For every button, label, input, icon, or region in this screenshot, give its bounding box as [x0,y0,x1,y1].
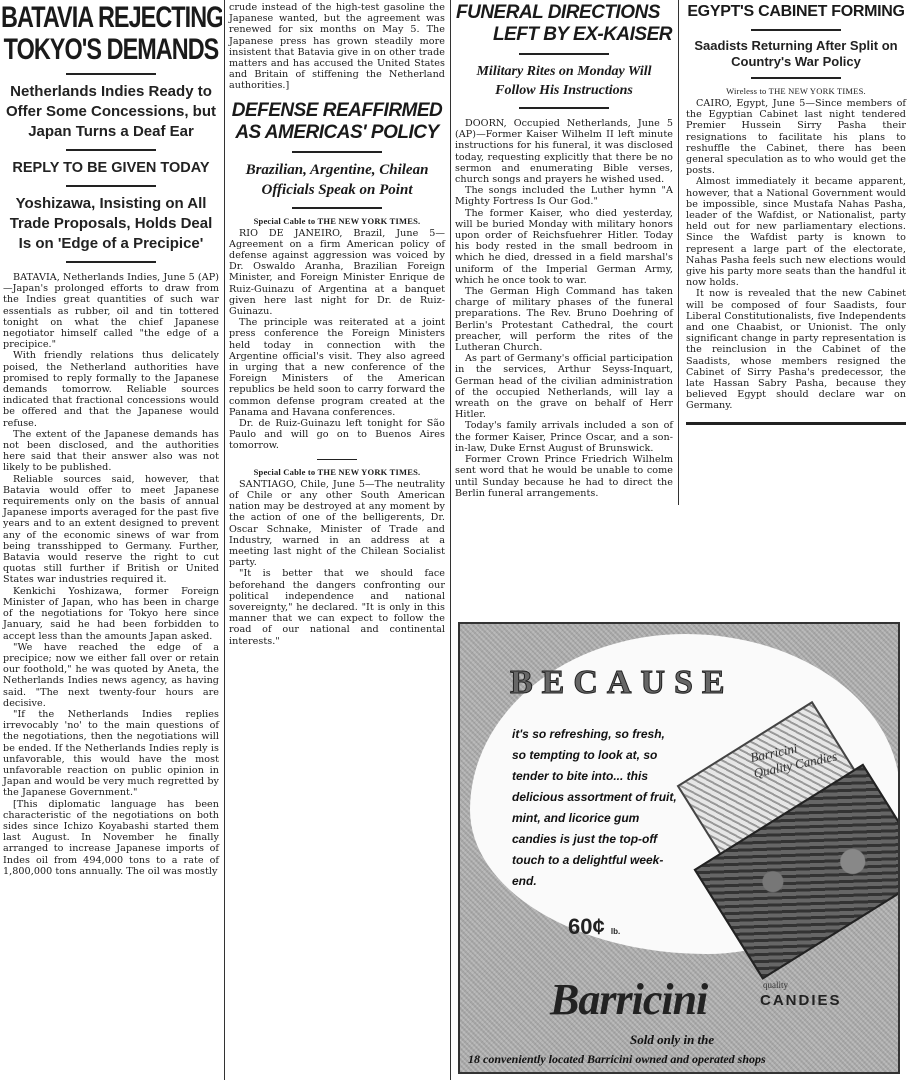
paragraph: Almost immediately it became apparent, h… [686,176,906,288]
paragraph: BATAVIA, Netherlands Indies, June 5 (AP)… [3,272,219,350]
divider [66,261,156,263]
paragraph: DOORN, Occupied Netherlands, June 5 (AP)… [455,118,673,185]
ad-footer-line-1: Sold only in the [630,1032,714,1048]
article-body: DOORN, Occupied Netherlands, June 5 (AP)… [452,116,676,499]
paragraph: "It is better that we should face before… [229,568,445,646]
deck: Saadists Returning After Split on Countr… [686,38,906,70]
ad-price: 60¢ lb. [568,914,620,940]
paragraph: "If the Netherlands Indies replies irrev… [3,709,219,799]
paragraph: With friendly relations thus delicately … [3,350,219,428]
paragraph: crude instead of the high-test gasoline … [229,2,445,92]
deck: Brazilian, Argentine, Chilean Officials … [226,160,448,200]
brand-tagline: quality [763,980,788,990]
divider [66,149,156,151]
article-defense: DEFENSE REAFFIRMED AS AMERICAS' POLICY B… [226,100,448,647]
article-batavia-continued: crude instead of the high-test gasoline … [226,0,448,92]
brand-logo: Barricini [550,974,707,1025]
article-body: CAIRO, Egypt, June 5—Since members of th… [686,98,906,412]
article-egypt: EGYPT'S CABINET FORMING Saadists Returni… [680,0,910,500]
headline-line-1: DEFENSE REAFFIRMED [226,100,448,122]
paragraph: The extent of the Japanese demands has n… [3,429,219,474]
article-body: BATAVIA, Netherlands Indies, June 5 (AP)… [0,270,222,877]
paragraph: The songs included the Luther hymn "A Mi… [455,185,673,207]
paragraph: The principle was reiterated at a joint … [229,317,445,418]
paragraph: Today's family arrivals included a son o… [455,420,673,454]
headline-line-2: TOKYO'S DEMANDS [1,34,221,66]
brand-product: CANDIES [760,992,842,1009]
article-body: SANTIAGO, Chile, June 5—The neutrality o… [226,479,448,647]
dateline-credit: Special Cable to THE NEW YORK TIMES. [226,216,448,226]
divider [519,107,609,109]
ad-footer-line-2: 18 conveniently located Barricini owned … [468,1052,766,1067]
paragraph: The German High Command has taken charge… [455,286,673,353]
divider [751,29,841,31]
deck-1: Netherlands Indies Ready to Offer Some C… [0,82,222,142]
divider [317,459,357,460]
paragraph: CAIRO, Egypt, June 5—Since members of th… [686,98,906,176]
divider [292,207,382,209]
candy-box-label: Barricini Quality Candies [749,732,840,781]
column-divider [450,0,451,1080]
paragraph: As part of Germany's official participat… [455,353,673,420]
column-divider [678,0,679,505]
headline-line-2: AS AMERICAS' POLICY [226,122,448,144]
ad-headline: BECAUSE [510,664,734,702]
price-value: 60¢ [568,914,605,939]
dateline-credit: Special Cable to THE NEW YORK TIMES. [226,467,448,477]
paragraph: Former Crown Prince Friedrich Wilhelm se… [455,454,673,499]
divider [66,185,156,187]
divider [66,73,156,75]
deck-2: REPLY TO BE GIVEN TODAY [0,158,222,178]
headline-line-1: BATAVIA REJECTING [1,2,221,34]
headline-line-1: FUNERAL DIRECTIONS [452,2,676,24]
paragraph: The former Kaiser, who died yesterday, w… [455,208,673,286]
article-batavia: BATAVIA REJECTING TOKYO'S DEMANDS Nether… [0,0,222,1080]
column-2: crude instead of the high-test gasoline … [226,0,448,1080]
paragraph: Dr. de Ruiz-Guinazu left tonight for São… [229,418,445,452]
paragraph: "We have reached the edge of a precipice… [3,642,219,709]
deck: Military Rites on Monday Will Follow His… [452,62,676,100]
article-body: RIO DE JANEIRO, Brazil, June 5—Agreement… [226,228,448,452]
divider [292,151,382,153]
divider [751,77,841,79]
paragraph: [This diplomatic language has been chara… [3,799,219,877]
headline-line-2: LEFT BY EX-KAISER [452,24,676,46]
paragraph: RIO DE JANEIRO, Brazil, June 5—Agreement… [229,228,445,318]
paragraph: SANTIAGO, Chile, June 5—The neutrality o… [229,479,445,569]
dateline-credit: Wireless to THE NEW YORK TIMES. [686,86,906,96]
paragraph: Reliable sources said, however, that Bat… [3,474,219,586]
paragraph: It now is revealed that the new Cabinet … [686,288,906,411]
box-rule [686,422,906,425]
barricini-advertisement: BECAUSE it's so refreshing, so fresh, so… [458,622,900,1074]
article-kaiser: FUNERAL DIRECTIONS LEFT BY EX-KAISER Mil… [452,0,676,640]
deck-3: Yoshizawa, Insisting on All Trade Propos… [0,194,222,254]
divider [519,53,609,55]
column-divider [224,0,225,1080]
headline: EGYPT'S CABINET FORMING [686,2,906,22]
price-unit: lb. [611,927,620,936]
paragraph: Kenkichi Yoshizawa, former Foreign Minis… [3,586,219,642]
